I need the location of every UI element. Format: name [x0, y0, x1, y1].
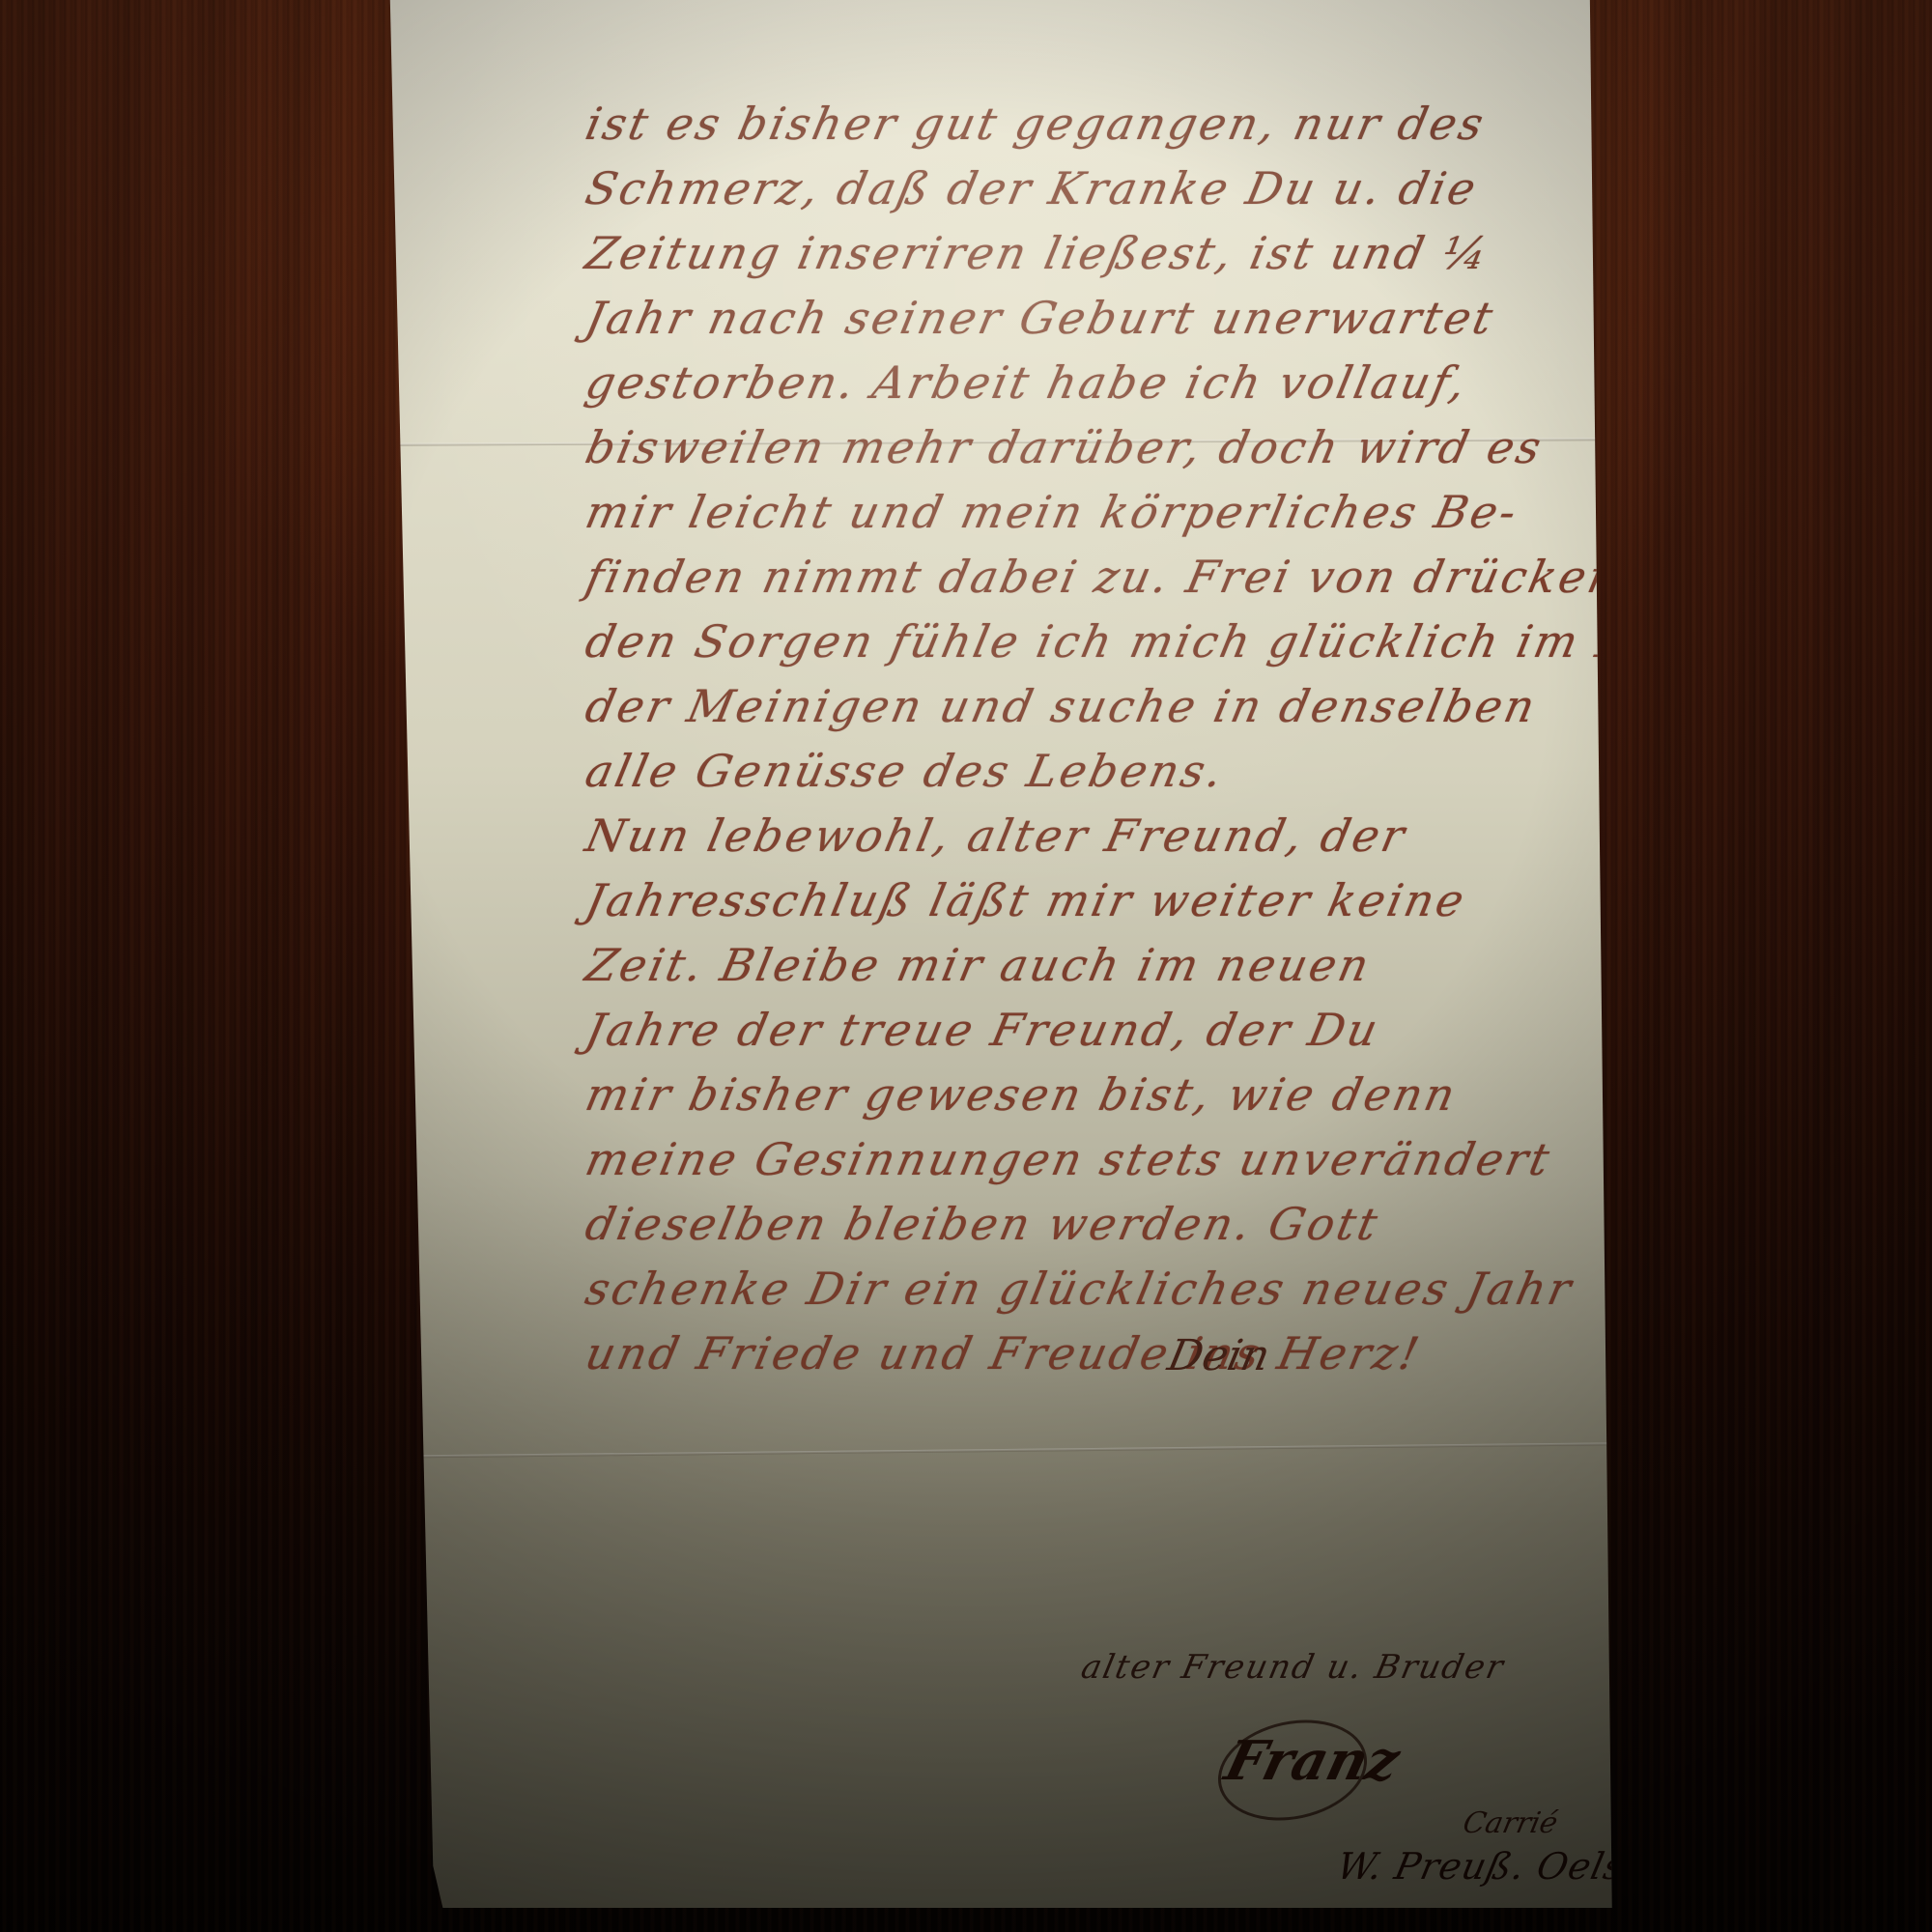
letter-line: dieselben bleiben werden. Gott [580, 1192, 1617, 1257]
letter-line: Jahr nach seiner Geburt unerwartet [580, 286, 1617, 351]
letter-paper: ist es bisher gut gegangen, nur des Schm… [386, 0, 1613, 1908]
letter-line: gestorben. Arbeit habe ich vollauf, [580, 351, 1617, 415]
letter-signoff: alter Freund u. Bruder [1078, 1648, 1509, 1687]
letter-line: Nun lebewohl, alter Freund, der [580, 804, 1617, 868]
letter-line: den Sorgen fühle ich mich glücklich im K… [580, 610, 1617, 674]
letter-line: ist es bisher gut gegangen, nur des [580, 92, 1617, 156]
letter-body: ist es bisher gut gegangen, nur des Schm… [580, 92, 1604, 1386]
sender-place: W. Preuß. Oels. Petersdorf, [1333, 1845, 1869, 1888]
letter-line: bisweilen mehr darüber, doch wird es [580, 415, 1617, 480]
letter-line: Zeit. Bleibe mir auch im neuen [580, 933, 1617, 998]
letter-line: Zeitung inseriren ließest, ist und ¼ [580, 221, 1617, 286]
letter-line: alle Genüsse des Lebens. [580, 739, 1617, 804]
letter-signature: Franz [1219, 1729, 1406, 1793]
letter-line: der Meinigen und suche in denselben [580, 674, 1617, 739]
letter-line: Schmerz, daß der Kranke Du u. die [580, 156, 1617, 221]
letter-line: und Friede und Freude ins Herz! [580, 1321, 1617, 1386]
letter-line: schenke Dir ein glückliches neues Jahr [580, 1257, 1617, 1321]
letter-closing: Dein [1164, 1331, 1275, 1380]
letter-line: Jahresschluß läßt mir weiter keine [580, 868, 1617, 933]
sender-place-annotation: Carrié [1460, 1806, 1560, 1840]
letter-line: Jahre der treue Freund, der Du [580, 998, 1617, 1063]
letter-line: mir leicht und mein körperliches Be- [580, 480, 1617, 545]
sender-district: Kreis. [1730, 1879, 1823, 1913]
letter-line: finden nimmt dabei zu. Frei von drücken- [580, 545, 1617, 610]
letter-line: meine Gesinnungen stets unverändert [580, 1127, 1617, 1192]
paper-fold-crease [386, 1442, 1613, 1458]
letter-line: mir bisher gewesen bist, wie denn [580, 1063, 1617, 1127]
